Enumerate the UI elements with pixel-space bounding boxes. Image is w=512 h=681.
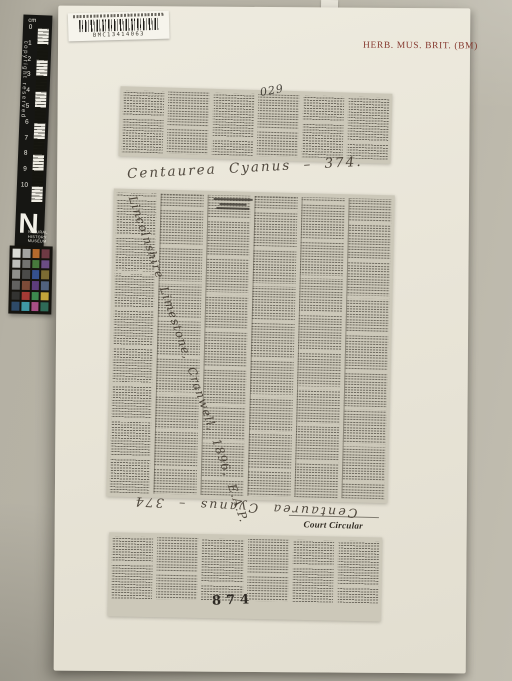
newsprint-column <box>341 198 391 499</box>
color-patch <box>31 292 39 301</box>
color-patch <box>22 249 30 258</box>
newsprint-column <box>347 97 390 160</box>
newsprint-column <box>257 94 300 157</box>
color-patch <box>32 260 40 269</box>
scale-ruler: cm 0 1 2 3 4 5 6 7 8 9 10 copyright rese… <box>15 15 53 249</box>
color-patch <box>41 260 49 269</box>
newsprint-column <box>292 540 334 603</box>
handwritten-number-bottom: 874 <box>212 592 255 608</box>
ruler-scale-strip <box>31 28 49 202</box>
color-patch <box>12 291 20 300</box>
color-patch <box>32 249 40 258</box>
color-patch <box>21 291 29 300</box>
color-patch <box>21 302 29 311</box>
photo-background: BMC13414063 HERB. MUS. BRIT. (BM) <box>0 0 512 681</box>
color-patch <box>42 249 50 258</box>
herbarium-sheet: BMC13414063 HERB. MUS. BRIT. (BM) <box>54 6 471 674</box>
newsprint-column <box>122 90 165 153</box>
barcode <box>79 18 158 32</box>
newsprint-column <box>212 93 255 156</box>
herbarium-stamp: HERB. MUS. BRIT. (BM) <box>363 41 478 52</box>
color-patch <box>12 270 20 279</box>
color-patch <box>31 281 39 290</box>
color-patch <box>41 303 49 312</box>
newsprint-column <box>167 92 210 155</box>
color-patch <box>22 259 30 268</box>
newsprint-column <box>111 536 153 599</box>
color-patch <box>32 270 40 279</box>
newsprint-column <box>294 197 344 498</box>
newsprint-column <box>201 538 243 601</box>
barcode-label: BMC13414063 <box>68 11 170 42</box>
ruler-number: 0 <box>26 24 35 31</box>
newsprint-column <box>156 537 198 600</box>
color-patch <box>11 302 19 311</box>
color-patch <box>41 271 49 280</box>
headline-bars <box>209 198 257 210</box>
newsprint-column <box>302 95 345 158</box>
color-patch <box>12 249 20 258</box>
color-patch <box>12 281 20 290</box>
color-patch <box>41 281 49 290</box>
color-checker-card <box>8 246 52 315</box>
nhm-logo-text: NATURAL HISTORY MUSEUM <box>28 230 44 244</box>
nhm-logo: N NATURAL HISTORY MUSEUM <box>17 197 45 246</box>
newspaper-clipping-top <box>119 86 393 164</box>
color-patch <box>41 292 49 301</box>
nhm-logo-line: MUSEUM <box>28 239 43 244</box>
color-patch <box>22 270 30 279</box>
color-patch <box>31 302 39 311</box>
newspaper-clipping-bottom <box>108 532 383 621</box>
newspaper-section-heading: Court Circular <box>285 519 381 531</box>
newsprint-column <box>247 196 297 497</box>
color-patch <box>12 259 20 268</box>
color-patch <box>22 281 30 290</box>
newsprint-column <box>337 541 379 604</box>
